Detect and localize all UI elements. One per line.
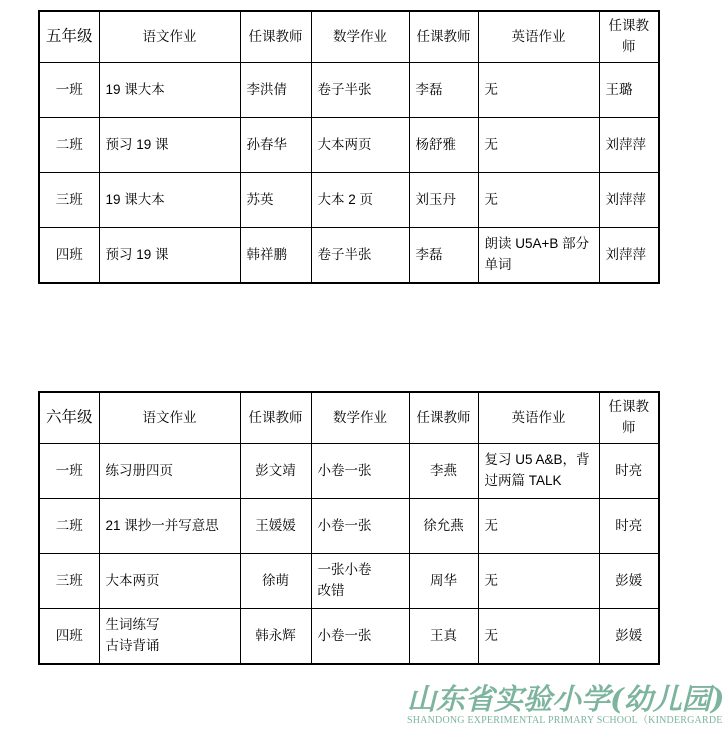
chinese-teacher-header-cell: 任课教师 bbox=[240, 392, 311, 444]
english-homework-header-cell: 英语作业 bbox=[478, 392, 599, 444]
class-label-cell: 一班 bbox=[39, 444, 99, 499]
english-homework-cell: 无 bbox=[478, 173, 599, 228]
math-teacher-cell: 王真 bbox=[409, 609, 478, 665]
table-row: 一班 练习册四页 彭文靖 小卷一张 李燕 复习 U5 A&B，背过两篇 TALK… bbox=[39, 444, 659, 499]
class-label-cell: 三班 bbox=[39, 173, 99, 228]
english-teacher-header-cell: 任课教师 bbox=[599, 392, 659, 444]
grade6-homework-table: 六年级 语文作业 任课教师 数学作业 任课教师 英语作业 任课教师 一班 练习册… bbox=[38, 391, 660, 665]
table-row: 二班 预习 19 课 孙春华 大本两页 杨舒雅 无 刘萍萍 bbox=[39, 118, 659, 173]
chinese-teacher-cell: 李洪倩 bbox=[240, 63, 311, 118]
math-teacher-cell: 李磊 bbox=[409, 228, 478, 284]
math-homework-cell: 卷子半张 bbox=[311, 228, 409, 284]
english-teacher-cell: 时亮 bbox=[599, 444, 659, 499]
math-homework-cell: 大本 2 页 bbox=[311, 173, 409, 228]
grade-label-cell: 六年级 bbox=[39, 392, 99, 444]
chinese-homework-cell: 练习册四页 bbox=[99, 444, 240, 499]
table-row: 一班 19 课大本 李洪倩 卷子半张 李磊 无 王璐 bbox=[39, 63, 659, 118]
math-homework-header-cell: 数学作业 bbox=[311, 11, 409, 63]
chinese-teacher-cell: 苏英 bbox=[240, 173, 311, 228]
class-label-cell: 一班 bbox=[39, 63, 99, 118]
table-header-row: 六年级 语文作业 任课教师 数学作业 任课教师 英语作业 任课教师 bbox=[39, 392, 659, 444]
math-homework-cell: 小卷一张 bbox=[311, 609, 409, 665]
math-homework-cell: 小卷一张 bbox=[311, 444, 409, 499]
english-teacher-header-cell: 任课教师 bbox=[599, 11, 659, 63]
chinese-teacher-cell: 韩祥鹏 bbox=[240, 228, 311, 284]
school-name-chinese: 山东省实验小学(幼儿园) bbox=[407, 684, 717, 714]
chinese-teacher-cell: 韩永辉 bbox=[240, 609, 311, 665]
school-logo: 山东省实验小学(幼儿园) SHANDONG EXPERIMENTAL PRIMA… bbox=[407, 684, 717, 727]
school-name-english: SHANDONG EXPERIMENTAL PRIMARY SCHOOL（KIN… bbox=[407, 716, 717, 727]
english-teacher-cell: 彭媛 bbox=[599, 609, 659, 665]
table-row: 二班 21 课抄一并写意思 王媛媛 小卷一张 徐允燕 无 时亮 bbox=[39, 499, 659, 554]
english-homework-cell: 无 bbox=[478, 499, 599, 554]
table-row: 三班 大本两页 徐萌 一张小卷 改错 周华 无 彭媛 bbox=[39, 554, 659, 609]
english-homework-cell: 无 bbox=[478, 63, 599, 118]
chinese-teacher-cell: 王媛媛 bbox=[240, 499, 311, 554]
class-label-cell: 四班 bbox=[39, 228, 99, 284]
class-label-cell: 四班 bbox=[39, 609, 99, 665]
math-homework-header-cell: 数学作业 bbox=[311, 392, 409, 444]
chinese-homework-cell: 19 课大本 bbox=[99, 173, 240, 228]
class-label-cell: 三班 bbox=[39, 554, 99, 609]
chinese-homework-cell: 19 课大本 bbox=[99, 63, 240, 118]
english-teacher-cell: 刘萍萍 bbox=[599, 118, 659, 173]
grade-label-cell: 五年级 bbox=[39, 11, 99, 63]
english-homework-cell: 无 bbox=[478, 118, 599, 173]
chinese-homework-header-cell: 语文作业 bbox=[99, 11, 240, 63]
math-homework-cell: 卷子半张 bbox=[311, 63, 409, 118]
chinese-teacher-cell: 孙春华 bbox=[240, 118, 311, 173]
chinese-homework-cell: 预习 19 课 bbox=[99, 118, 240, 173]
table-row: 四班 生词练写 古诗背诵 韩永辉 小卷一张 王真 无 彭媛 bbox=[39, 609, 659, 665]
chinese-teacher-cell: 彭文靖 bbox=[240, 444, 311, 499]
homework-sheet-page: 五年级 语文作业 任课教师 数学作业 任课教师 英语作业 任课教师 一班 19 … bbox=[0, 0, 723, 745]
chinese-homework-cell: 21 课抄一并写意思 bbox=[99, 499, 240, 554]
english-homework-cell: 朗读 U5A+B 部分单词 bbox=[478, 228, 599, 284]
math-teacher-cell: 杨舒雅 bbox=[409, 118, 478, 173]
math-teacher-cell: 刘玉丹 bbox=[409, 173, 478, 228]
english-teacher-cell: 时亮 bbox=[599, 499, 659, 554]
english-teacher-cell: 刘萍萍 bbox=[599, 228, 659, 284]
english-homework-cell: 无 bbox=[478, 554, 599, 609]
english-teacher-cell: 彭媛 bbox=[599, 554, 659, 609]
table-row: 四班 预习 19 课 韩祥鹏 卷子半张 李磊 朗读 U5A+B 部分单词 刘萍萍 bbox=[39, 228, 659, 284]
grade5-homework-table: 五年级 语文作业 任课教师 数学作业 任课教师 英语作业 任课教师 一班 19 … bbox=[38, 10, 660, 284]
math-homework-cell: 大本两页 bbox=[311, 118, 409, 173]
chinese-teacher-header-cell: 任课教师 bbox=[240, 11, 311, 63]
table-header-row: 五年级 语文作业 任课教师 数学作业 任课教师 英语作业 任课教师 bbox=[39, 11, 659, 63]
math-teacher-cell: 徐允燕 bbox=[409, 499, 478, 554]
english-homework-cell: 复习 U5 A&B，背过两篇 TALK bbox=[478, 444, 599, 499]
math-teacher-cell: 周华 bbox=[409, 554, 478, 609]
math-teacher-cell: 李燕 bbox=[409, 444, 478, 499]
english-teacher-cell: 刘萍萍 bbox=[599, 173, 659, 228]
chinese-homework-header-cell: 语文作业 bbox=[99, 392, 240, 444]
math-teacher-cell: 李磊 bbox=[409, 63, 478, 118]
english-teacher-cell: 王璐 bbox=[599, 63, 659, 118]
class-label-cell: 二班 bbox=[39, 499, 99, 554]
chinese-homework-cell: 大本两页 bbox=[99, 554, 240, 609]
math-homework-cell: 小卷一张 bbox=[311, 499, 409, 554]
chinese-homework-cell: 预习 19 课 bbox=[99, 228, 240, 284]
math-homework-cell: 一张小卷 改错 bbox=[311, 554, 409, 609]
chinese-homework-cell: 生词练写 古诗背诵 bbox=[99, 609, 240, 665]
class-label-cell: 二班 bbox=[39, 118, 99, 173]
math-teacher-header-cell: 任课教师 bbox=[409, 11, 478, 63]
chinese-teacher-cell: 徐萌 bbox=[240, 554, 311, 609]
english-homework-header-cell: 英语作业 bbox=[478, 11, 599, 63]
math-teacher-header-cell: 任课教师 bbox=[409, 392, 478, 444]
table-row: 三班 19 课大本 苏英 大本 2 页 刘玉丹 无 刘萍萍 bbox=[39, 173, 659, 228]
english-homework-cell: 无 bbox=[478, 609, 599, 665]
